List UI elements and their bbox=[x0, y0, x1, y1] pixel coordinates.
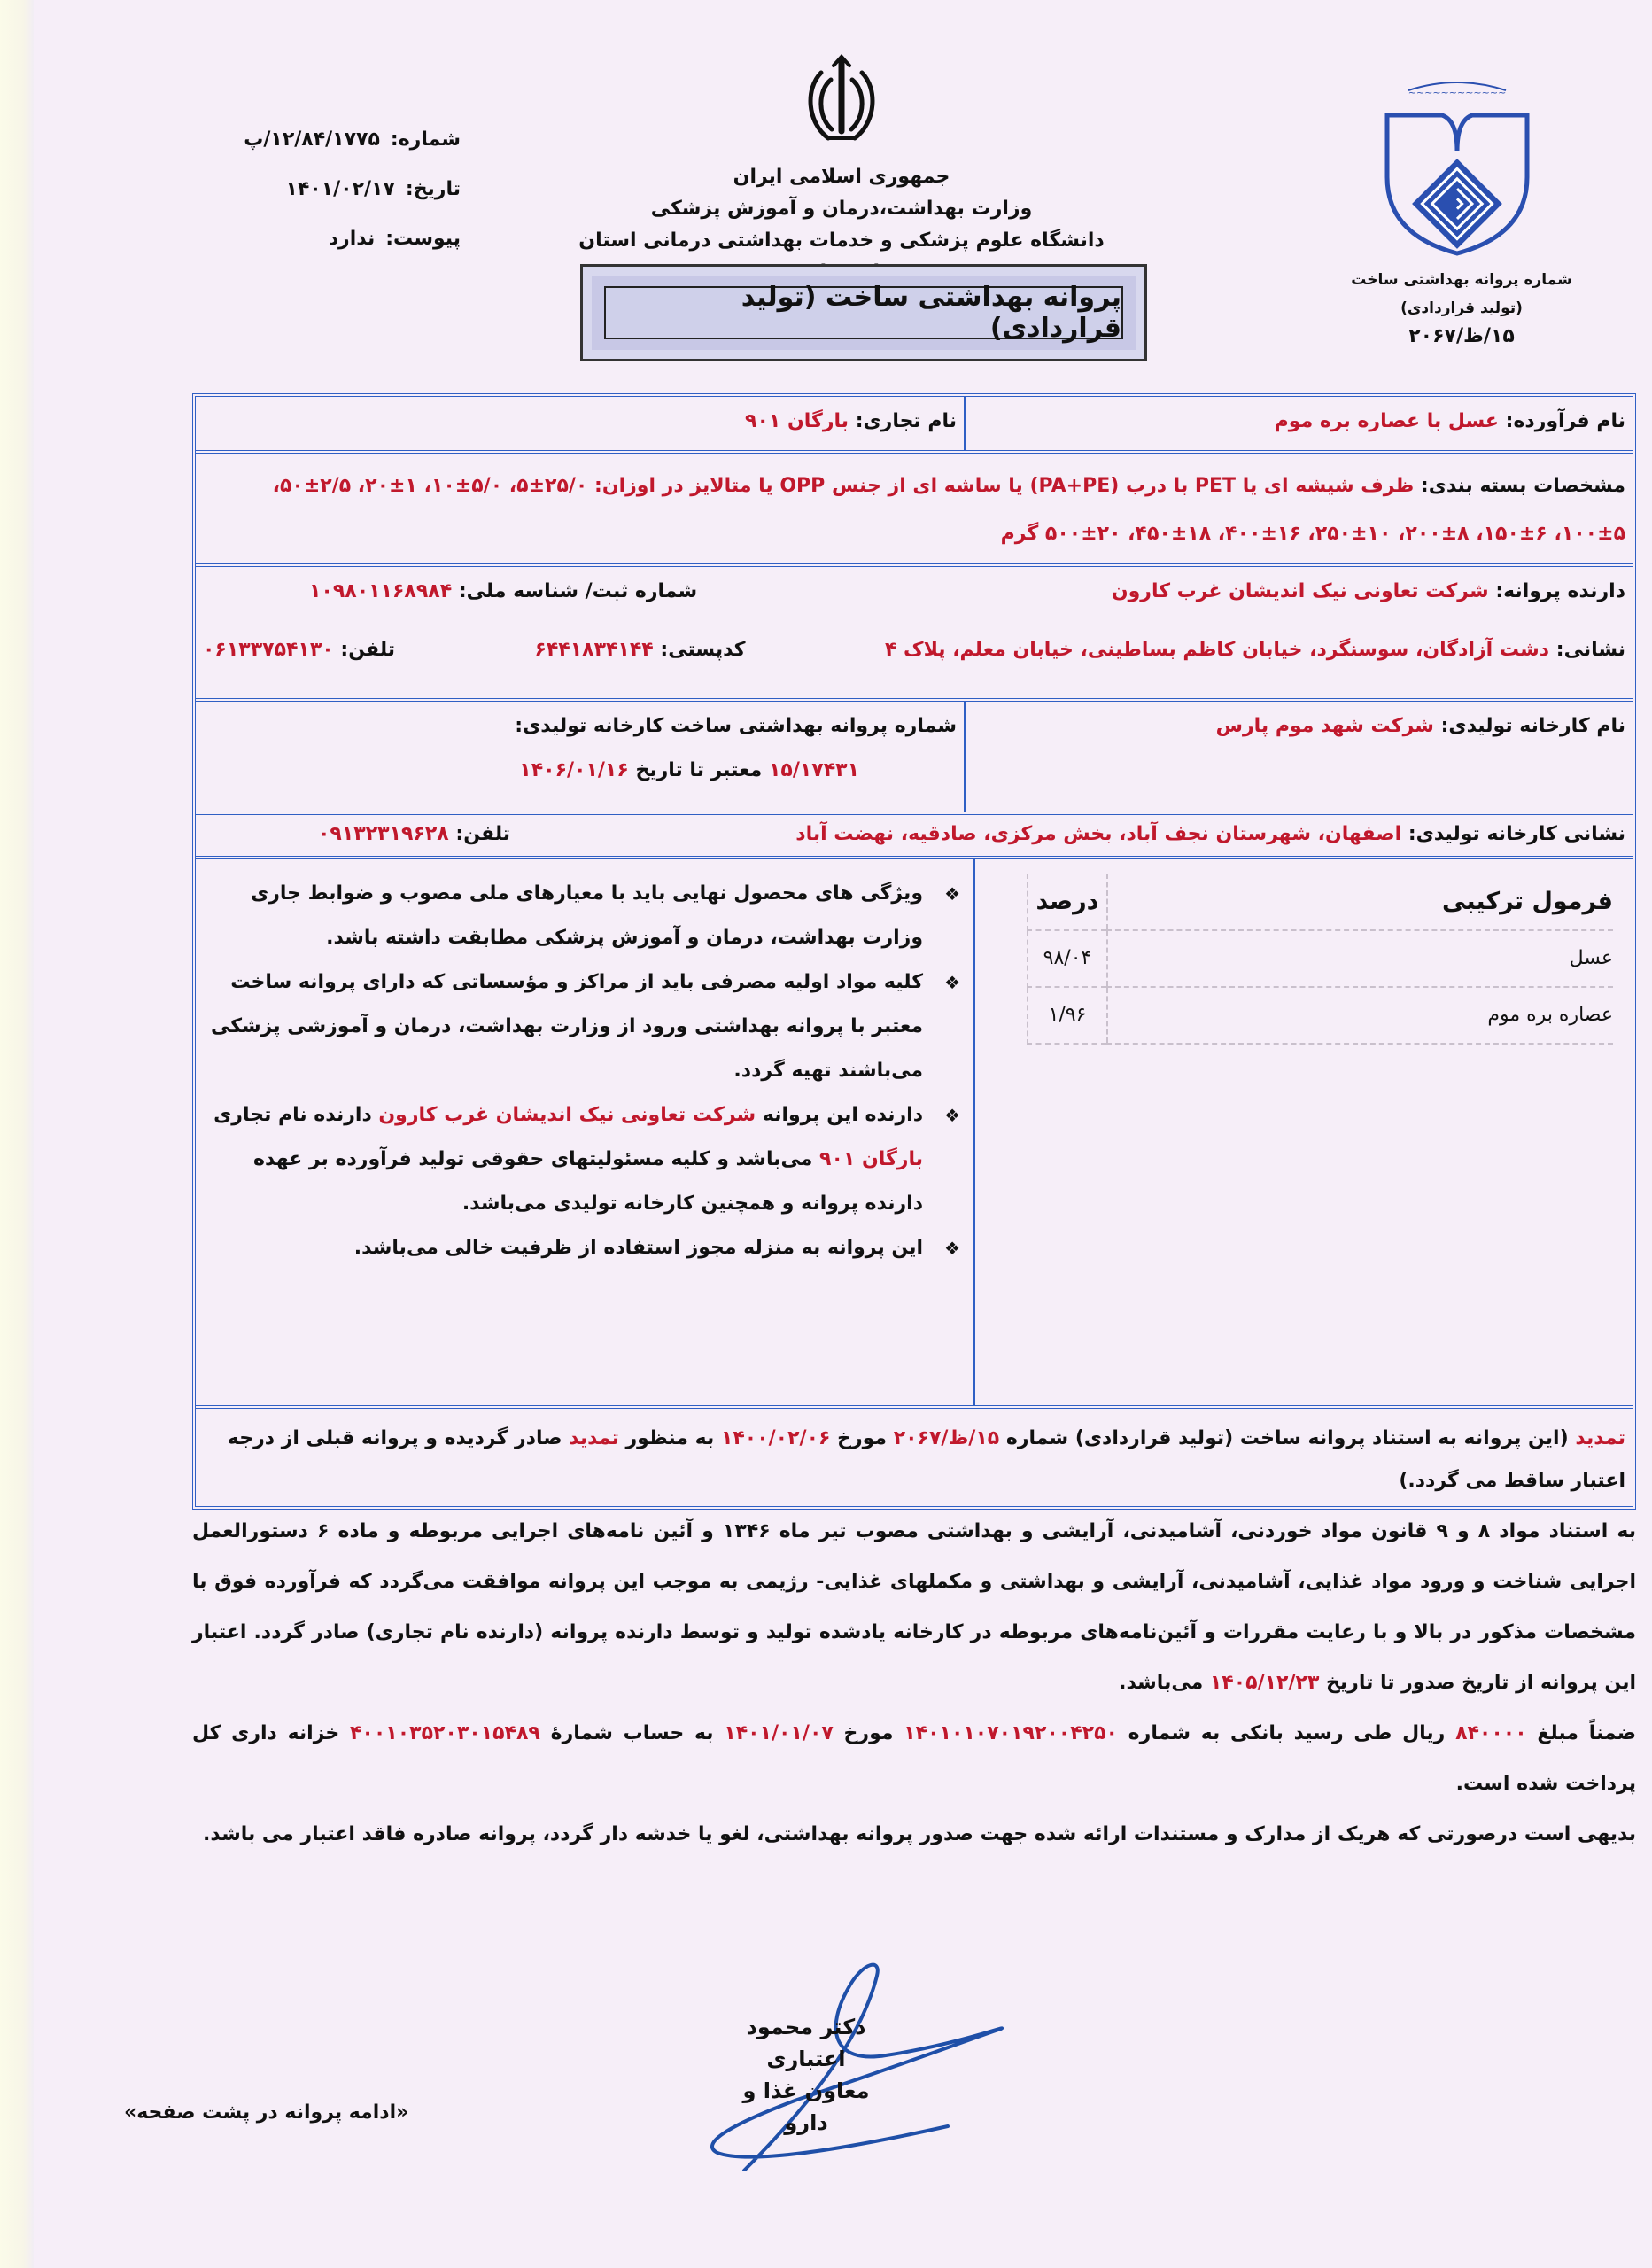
condition-item: ❖ ویژگی های محصول نهایی باید با معیارهای… bbox=[208, 872, 960, 960]
formula-percent: ۱/۹۶ bbox=[1028, 987, 1107, 1044]
license-caption-number: ۱۵/ظ/۲۰۶۷ bbox=[1329, 322, 1594, 351]
factory-license-valid-date: ۱۴۰۶/۰۱/۱۶ bbox=[519, 759, 629, 781]
renewal-ref-date: ۱۴۰۰/۰۲/۰۶ bbox=[721, 1427, 831, 1449]
legal-body: به استناد مواد ۸ و ۹ قانون مواد خوردنی، … bbox=[192, 1506, 1636, 1860]
payment-amount: ۸۴۰۰۰۰ bbox=[1455, 1722, 1527, 1744]
document-number-label: شماره: bbox=[391, 128, 461, 151]
receipt-number: ۱۴۰۱۰۱۰۷۰۱۹۲۰۰۴۲۵۰ bbox=[904, 1722, 1118, 1744]
packaging-row: مشخصات بسته بندی: ظرف شیشه ای یا PET با … bbox=[196, 454, 1633, 567]
diamond-bullet-icon: ❖ bbox=[944, 872, 960, 916]
document-attachment-label: پیوست: bbox=[385, 228, 461, 250]
legal-paragraph: به استناد مواد ۸ و ۹ قانون مواد خوردنی، … bbox=[192, 1506, 1636, 1708]
signer-block: دکتر محمود اعتباری معاون غذا و دارو bbox=[717, 2011, 895, 2139]
license-caption-line2: (تولید قراردادی) bbox=[1329, 294, 1594, 322]
factory-license-valid-text: معتبر تا تاریخ bbox=[635, 759, 762, 781]
renewal-ref-number: ۱۵/ظ/۲۰۶۷ bbox=[894, 1427, 1000, 1449]
address-label: نشانی: bbox=[1556, 639, 1625, 661]
factory-license-number: ۱۵/۱۷۴۳۱ bbox=[769, 759, 859, 781]
formula-ingredient: عسل bbox=[1107, 930, 1613, 987]
document-date-value: ۱۴۰۱/۰۲/۱۷ bbox=[285, 178, 395, 200]
payment-text: ریال طی رسید بانکی به شماره bbox=[1118, 1722, 1455, 1744]
factory-phone-value: ۰۹۱۳۲۳۱۹۶۲۸ bbox=[318, 823, 449, 845]
product-name-label: نام فرآورده: bbox=[1506, 410, 1625, 432]
document-title-frame: پروانه بهداشتی ساخت (تولید قراردادی) bbox=[580, 264, 1147, 361]
holder-value: شرکت تعاونی نیک اندیشان غرب کارون bbox=[1112, 580, 1489, 602]
factory-phone-label: تلفن: bbox=[455, 823, 510, 845]
phone-label: تلفن: bbox=[340, 639, 395, 661]
registration-value: ۱۰۹۸۰۱۱۶۸۹۸۴ bbox=[309, 580, 452, 602]
condition-text: ویژگی های محصول نهایی باید با معیارهای م… bbox=[251, 882, 923, 949]
payment-text: مورخ bbox=[834, 1722, 904, 1744]
condition-item: ❖ کلیه مواد اولیه مصرفی باید از مراکز و … bbox=[208, 960, 960, 1093]
renewal-word: تمدید bbox=[569, 1427, 619, 1449]
factory-name-label: نام کارخانه تولیدی: bbox=[1441, 715, 1625, 737]
factory-address-value: اصفهان، شهرستان نجف آباد، بخش مرکزی، صاد… bbox=[795, 823, 1401, 845]
document-number-row: شماره:۱۲/۸۴/۱۷۷۵/پ bbox=[177, 115, 461, 165]
formula-cell: فرمول ترکیبی درصد عسل ۹۸/۰۴ عصاره بره مو… bbox=[973, 859, 1633, 1405]
holder-cell: دارنده پروانه: شرکت تعاونی نیک اندیشان غ… bbox=[196, 567, 1633, 698]
holder-row: دارنده پروانه: شرکت تعاونی نیک اندیشان غ… bbox=[196, 567, 1633, 702]
conditions-list: ❖ ویژگی های محصول نهایی باید با معیارهای… bbox=[196, 859, 973, 1405]
product-row: نام فرآورده: عسل با عصاره بره موم نام تج… bbox=[196, 397, 1633, 454]
formula-row: عصاره بره موم ۱/۹۶ bbox=[1028, 987, 1613, 1044]
org-name-line2: وزارت بهداشت،درمان و آموزش پزشکی bbox=[549, 193, 1134, 225]
renewal-cell: تمدید (این پروانه به استناد پروانه ساخت … bbox=[196, 1409, 1633, 1506]
license-caption: شماره پروانه بهداشتی ساخت (تولید قرارداد… bbox=[1329, 266, 1594, 351]
postal-code-label: کدپستی: bbox=[660, 639, 745, 661]
brand-name-cell: نام تجاری: بارگان ۹۰۱ bbox=[196, 397, 964, 450]
product-name-value: عسل با عصاره بره موم bbox=[1275, 410, 1499, 432]
isfahan-university-logo-icon: ~~~~~~~~~~~~ bbox=[1373, 80, 1541, 257]
continued-note: «ادامه پروانه در پشت صفحه» bbox=[124, 2101, 408, 2124]
renewal-word: تمدید bbox=[1575, 1427, 1625, 1449]
renewal-text: مورخ bbox=[830, 1427, 893, 1449]
signer-title: معاون غذا و دارو bbox=[717, 2075, 895, 2139]
holder-line: دارنده پروانه: شرکت تعاونی نیک اندیشان غ… bbox=[203, 576, 1625, 608]
validity-paragraph: بدیهی است درصورتی که هریک از مدارک و مست… bbox=[192, 1809, 1636, 1860]
condition-text-pre: دارنده این پروانه bbox=[756, 1104, 923, 1126]
formula-row: عسل ۹۸/۰۴ bbox=[1028, 930, 1613, 987]
renewal-row: تمدید (این پروانه به استناد پروانه ساخت … bbox=[196, 1409, 1633, 1506]
formula-header-name: فرمول ترکیبی bbox=[1107, 874, 1613, 930]
formula-header-percent: درصد bbox=[1028, 874, 1107, 930]
condition-brand-name: بارگان ۹۰۱ bbox=[819, 1148, 923, 1170]
header-center: جمهوری اسلامی ایران وزارت بهداشت،درمان و… bbox=[549, 53, 1134, 289]
factory-address-cell: نشانی کارخانه تولیدی: اصفهان، شهرستان نج… bbox=[196, 815, 1633, 856]
document-date-row: تاریخ:۱۴۰۱/۰۲/۱۷ bbox=[177, 165, 461, 214]
renewal-text: به منظور bbox=[619, 1427, 721, 1449]
registration-label: شماره ثبت/ شناسه ملی: bbox=[459, 580, 697, 602]
iran-emblem-icon bbox=[802, 53, 881, 151]
formula-notes-row: فرمول ترکیبی درصد عسل ۹۸/۰۴ عصاره بره مو… bbox=[196, 859, 1633, 1409]
brand-name-value: بارگان ۹۰۱ bbox=[745, 410, 849, 432]
document-attachment-value: ندارد bbox=[329, 228, 375, 250]
packaging-label: مشخصات بسته بندی: bbox=[1421, 475, 1625, 497]
condition-item: ❖ این پروانه به منزله مجوز استفاده از ظر… bbox=[208, 1226, 960, 1270]
license-document: شماره:۱۲/۸۴/۱۷۷۵/پ تاریخ:۱۴۰۱/۰۲/۱۷ پیوس… bbox=[0, 0, 1652, 2268]
condition-text: کلیه مواد اولیه مصرفی باید از مراکز و مؤ… bbox=[211, 971, 923, 1082]
postal-code-value: ۶۴۴۱۸۳۴۱۴۴ bbox=[534, 639, 653, 661]
formula-header-row: فرمول ترکیبی درصد bbox=[1028, 874, 1613, 930]
phone-value: ۰۶۱۳۳۷۵۴۱۳۰ bbox=[203, 639, 334, 661]
legal-text: به استناد مواد ۸ و ۹ قانون مواد خوردنی، … bbox=[192, 1520, 1636, 1694]
address-value: دشت آزادگان، سوسنگرد، خیابان کاظم بساطین… bbox=[885, 639, 1549, 661]
org-name-line1: جمهوری اسلامی ایران bbox=[549, 161, 1134, 193]
document-date-label: تاریخ: bbox=[406, 178, 461, 200]
renewal-text: (این پروانه به استناد پروانه ساخت (تولید… bbox=[999, 1427, 1575, 1449]
svg-text:~~~~~~~~~~~~: ~~~~~~~~~~~~ bbox=[1408, 87, 1507, 98]
factory-license-cell: شماره پروانه بهداشتی ساخت کارخانه تولیدی… bbox=[196, 702, 964, 812]
formula-ingredient: عصاره بره موم bbox=[1107, 987, 1613, 1044]
factory-name-cell: نام کارخانه تولیدی: شرکت شهد موم پارس bbox=[964, 702, 1633, 812]
brand-name-label: نام تجاری: bbox=[856, 410, 957, 432]
condition-item: ❖ دارنده این پروانه شرکت تعاونی نیک اندی… bbox=[208, 1093, 960, 1226]
formula-table: فرمول ترکیبی درصد عسل ۹۸/۰۴ عصاره بره مو… bbox=[1027, 874, 1613, 1045]
diamond-bullet-icon: ❖ bbox=[944, 1093, 960, 1138]
expiry-date: ۱۴۰۵/۱۲/۲۳ bbox=[1210, 1672, 1320, 1694]
factory-license-label: شماره پروانه بهداشتی ساخت کارخانه تولیدی… bbox=[203, 711, 957, 742]
document-number-value: ۱۲/۸۴/۱۷۷۵/پ bbox=[244, 128, 380, 151]
diamond-bullet-icon: ❖ bbox=[944, 1226, 960, 1270]
document-attachment-row: پیوست:ندارد bbox=[177, 214, 461, 264]
signer-name: دکتر محمود اعتباری bbox=[717, 2011, 895, 2075]
formula-percent: ۹۸/۰۴ bbox=[1028, 930, 1107, 987]
receipt-date: ۱۴۰۱/۰۱/۰۷ bbox=[724, 1722, 834, 1744]
factory-address-row: نشانی کارخانه تولیدی: اصفهان، شهرستان نج… bbox=[196, 815, 1633, 859]
condition-text: این پروانه به منزله مجوز استفاده از ظرفی… bbox=[354, 1237, 923, 1259]
factory-row: نام کارخانه تولیدی: شرکت شهد موم پارس شم… bbox=[196, 702, 1633, 815]
factory-name-value: شرکت شهد موم پارس bbox=[1216, 715, 1434, 737]
packaging-cell: مشخصات بسته بندی: ظرف شیشه ای یا PET با … bbox=[196, 454, 1633, 563]
document-title: پروانه بهداشتی ساخت (تولید قراردادی) bbox=[604, 286, 1123, 339]
account-number: ۴۰۰۱۰۳۵۲۰۳۰۱۵۴۸۹ bbox=[350, 1722, 540, 1744]
condition-text-mid: دارنده نام تجاری bbox=[213, 1104, 378, 1126]
legal-text: می‌باشد. bbox=[1119, 1672, 1210, 1694]
diamond-bullet-icon: ❖ bbox=[944, 960, 960, 1005]
holder-label: دارنده پروانه: bbox=[1495, 580, 1625, 602]
payment-text: به حساب شمارهٔ bbox=[540, 1722, 724, 1744]
license-caption-line1: شماره پروانه بهداشتی ساخت bbox=[1329, 266, 1594, 294]
payment-paragraph: ضمناً مبلغ ۸۴۰۰۰۰ ریال طی رسید بانکی به … bbox=[192, 1708, 1636, 1809]
document-meta: شماره:۱۲/۸۴/۱۷۷۵/پ تاریخ:۱۴۰۱/۰۲/۱۷ پیوس… bbox=[177, 115, 461, 264]
payment-text: ضمناً مبلغ bbox=[1527, 1722, 1636, 1744]
factory-address-label: نشانی کارخانه تولیدی: bbox=[1408, 823, 1625, 845]
product-name-cell: نام فرآورده: عسل با عصاره بره موم bbox=[964, 397, 1633, 450]
condition-holder-name: شرکت تعاونی نیک اندیشان غرب کارون bbox=[378, 1104, 756, 1126]
holder-address-line: نشانی: دشت آزادگان، سوسنگرد، خیابان کاظم… bbox=[203, 634, 1625, 666]
license-details-table: نام فرآورده: عسل با عصاره بره موم نام تج… bbox=[192, 393, 1636, 1510]
